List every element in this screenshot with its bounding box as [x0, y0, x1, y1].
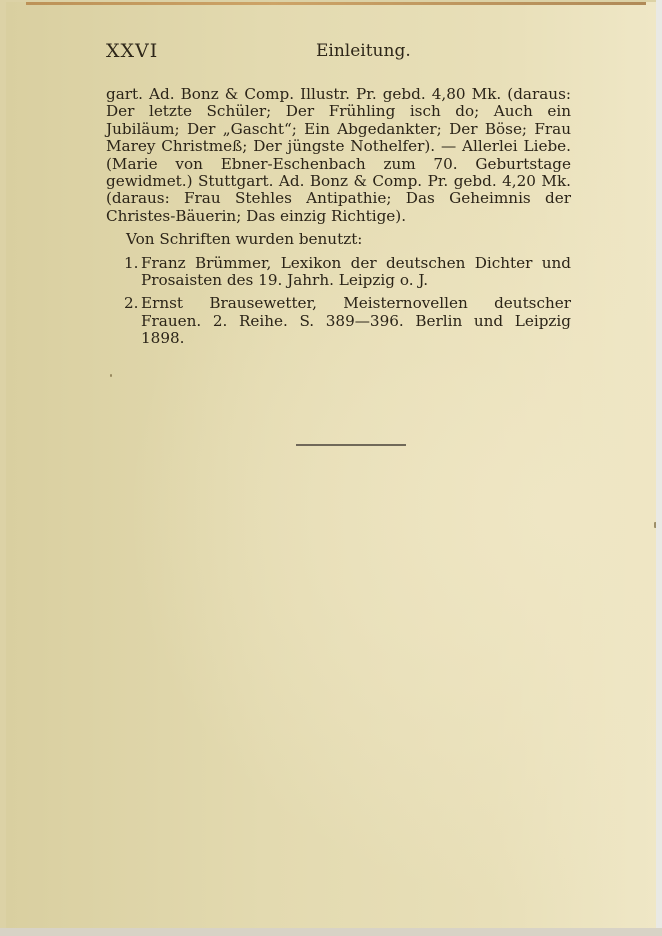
source-number: 2. — [124, 295, 139, 312]
source-item: 2. Ernst Brausewetter, Meisternovellen d… — [106, 295, 571, 347]
source-list: 1. Franz Brümmer, Lexikon der deutschen … — [106, 255, 571, 348]
page-bottom-edge — [0, 928, 662, 936]
page-header: XXVI Einleitung. — [106, 40, 566, 64]
sources-intro: Von Schriften wurden benutzt: — [106, 231, 571, 248]
continuation-paragraph: gart. Ad. Bonz & Comp. Illustr. Pr. gebd… — [106, 86, 571, 225]
source-item: 1. Franz Brümmer, Lexikon der deutschen … — [106, 255, 571, 290]
running-title: Einleitung. — [316, 41, 411, 61]
page-body: gart. Ad. Bonz & Comp. Illustr. Pr. gebd… — [106, 86, 571, 354]
page-number: XXVI — [106, 40, 158, 62]
page-right-edge — [656, 0, 662, 936]
source-text: Ernst Brausewetter, Meisternovellen deut… — [141, 294, 571, 347]
page-top-edge — [26, 2, 646, 5]
source-number: 1. — [124, 255, 139, 272]
scanned-page: XXVI Einleitung. gart. Ad. Bonz & Comp. … — [6, 2, 656, 928]
source-text: Franz Brümmer, Lexikon der deutschen Dic… — [141, 254, 571, 289]
paper-speck — [110, 374, 112, 377]
section-separator-rule — [296, 444, 406, 446]
